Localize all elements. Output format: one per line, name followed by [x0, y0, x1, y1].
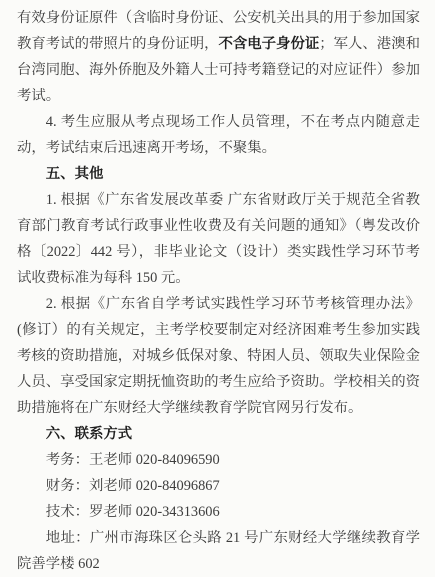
- text-run: 1. 根据《广东省发展改革委 广东省财政厅关于规范全省教育部门教育考试行政事业性…: [17, 192, 420, 286]
- text-run: 技术：罗老师 020-34313606: [46, 504, 220, 520]
- document-page: 有效身份证原件（含临时身份证、公安机关出具的用于参加国家教育考试的带照片的身份证…: [0, 0, 435, 577]
- text-run: 考务：王老师 020-84096590: [46, 452, 220, 468]
- paragraph: 4. 考生应服从考点现场工作人员管理，不在考点内随意走动，考试结束后迅速离开考场…: [17, 109, 420, 161]
- section-heading: 六、联系方式: [17, 421, 420, 447]
- text-run: 财务：刘老师 020-84096867: [46, 478, 220, 494]
- paragraph: 地址：广州市海珠区仑头路 21 号广东财经大学继续教育学院善学楼 602: [17, 525, 420, 577]
- paragraph: 技术：罗老师 020-34313606: [17, 499, 420, 525]
- paragraph: 2. 根据《广东省自学考试实践性学习环节考核管理办法》(修订）的有关规定，主考学…: [17, 291, 420, 421]
- paragraph: 考务：王老师 020-84096590: [17, 447, 420, 473]
- text-run: 2. 根据《广东省自学考试实践性学习环节考核管理办法》(修订）的有关规定，主考学…: [17, 296, 420, 416]
- section-heading: 五、其他: [17, 161, 420, 187]
- document-body: 有效身份证原件（含临时身份证、公安机关出具的用于参加国家教育考试的带照片的身份证…: [17, 5, 420, 577]
- text-run: 4. 考生应服从考点现场工作人员管理，不在考点内随意走动，考试结束后迅速离开考场…: [17, 114, 420, 156]
- text-run: 地址：广州市海珠区仑头路 21 号广东财经大学继续教育学院善学楼 602: [17, 530, 420, 572]
- paragraph: 1. 根据《广东省发展改革委 广东省财政厅关于规范全省教育部门教育考试行政事业性…: [17, 187, 420, 291]
- text-run: 不含电子身份证: [218, 36, 319, 52]
- text-run: 六、联系方式: [46, 426, 132, 442]
- paragraph: 有效身份证原件（含临时身份证、公安机关出具的用于参加国家教育考试的带照片的身份证…: [17, 5, 420, 109]
- text-run: 五、其他: [46, 166, 104, 182]
- paragraph: 财务：刘老师 020-84096867: [17, 473, 420, 499]
